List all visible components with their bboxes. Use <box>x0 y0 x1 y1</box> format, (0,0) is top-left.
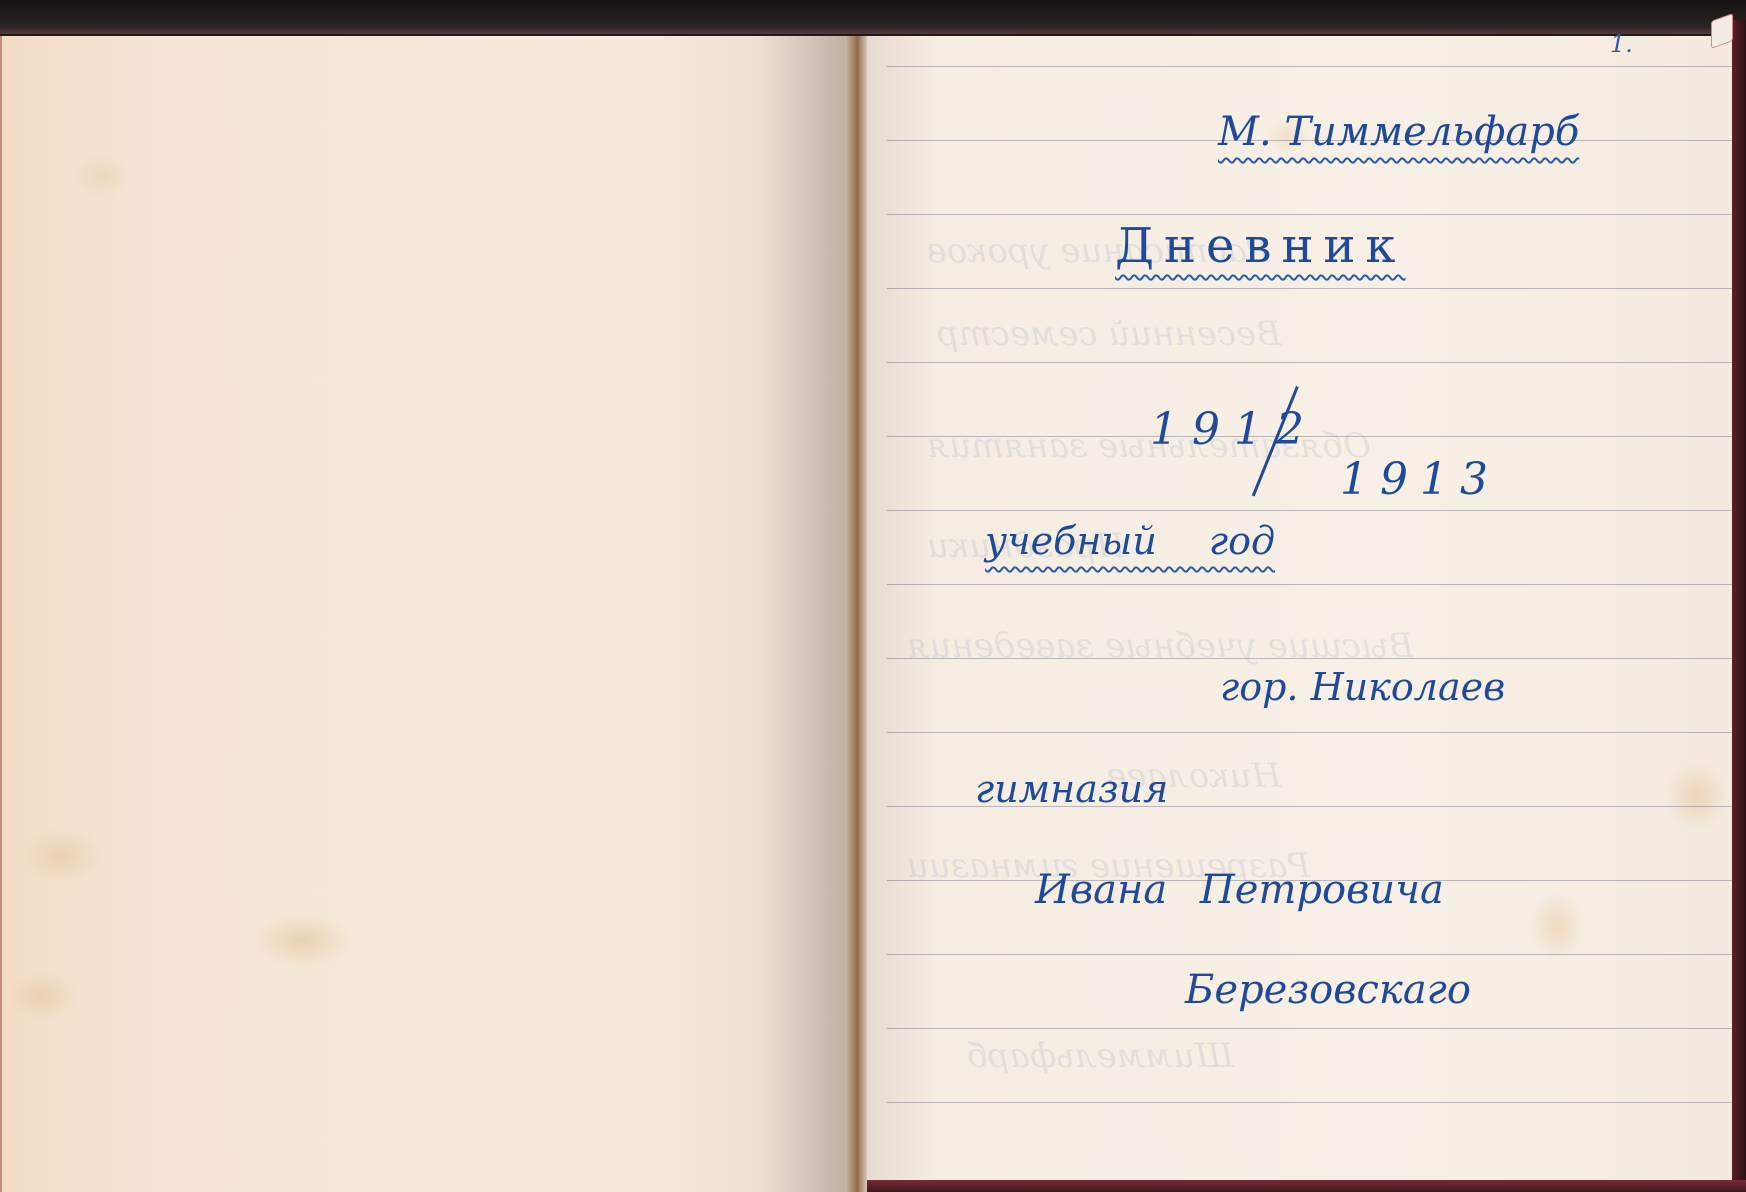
city: гор. Николаев <box>1220 668 1505 706</box>
book-gutter <box>845 36 867 1192</box>
bleed-through-text: Высшие учебные заведения <box>907 626 1414 666</box>
bleed-through-text: Шиммельфарб <box>967 1036 1234 1076</box>
ruled-line <box>887 66 1732 67</box>
ruled-line <box>887 732 1732 733</box>
year-end: 1913 <box>1340 458 1500 502</box>
ruled-line <box>887 362 1732 363</box>
academic-year-label: учебный год <box>985 522 1275 560</box>
book-cover-right-edge <box>1732 20 1746 1192</box>
student-surname: Березовскаго <box>1185 970 1471 1010</box>
ruled-line <box>887 1028 1732 1029</box>
diary-title: Дневник <box>1115 222 1405 270</box>
left-page-blank <box>0 36 862 1192</box>
ruled-line <box>887 1102 1732 1103</box>
page-number: 1. <box>1610 30 1633 58</box>
open-notebook: Расписание уроков Весенний семестр Обяза… <box>0 0 1746 1192</box>
owner-name: М. Тиммельфарб <box>1218 112 1579 152</box>
ruled-line <box>887 288 1732 289</box>
ruled-line <box>887 510 1732 511</box>
student-name: Ивана Петровича <box>1035 870 1444 910</box>
ruled-line <box>887 954 1732 955</box>
school-type: гимназия <box>975 770 1168 808</box>
book-cover-bottom-edge <box>860 1180 1746 1192</box>
year-start: 1912 <box>1150 408 1318 452</box>
book-cover-top-edge <box>0 0 1746 34</box>
bleed-through-text: Весенний семестр <box>937 314 1281 354</box>
ruled-line <box>887 214 1732 215</box>
ruled-line <box>887 584 1732 585</box>
